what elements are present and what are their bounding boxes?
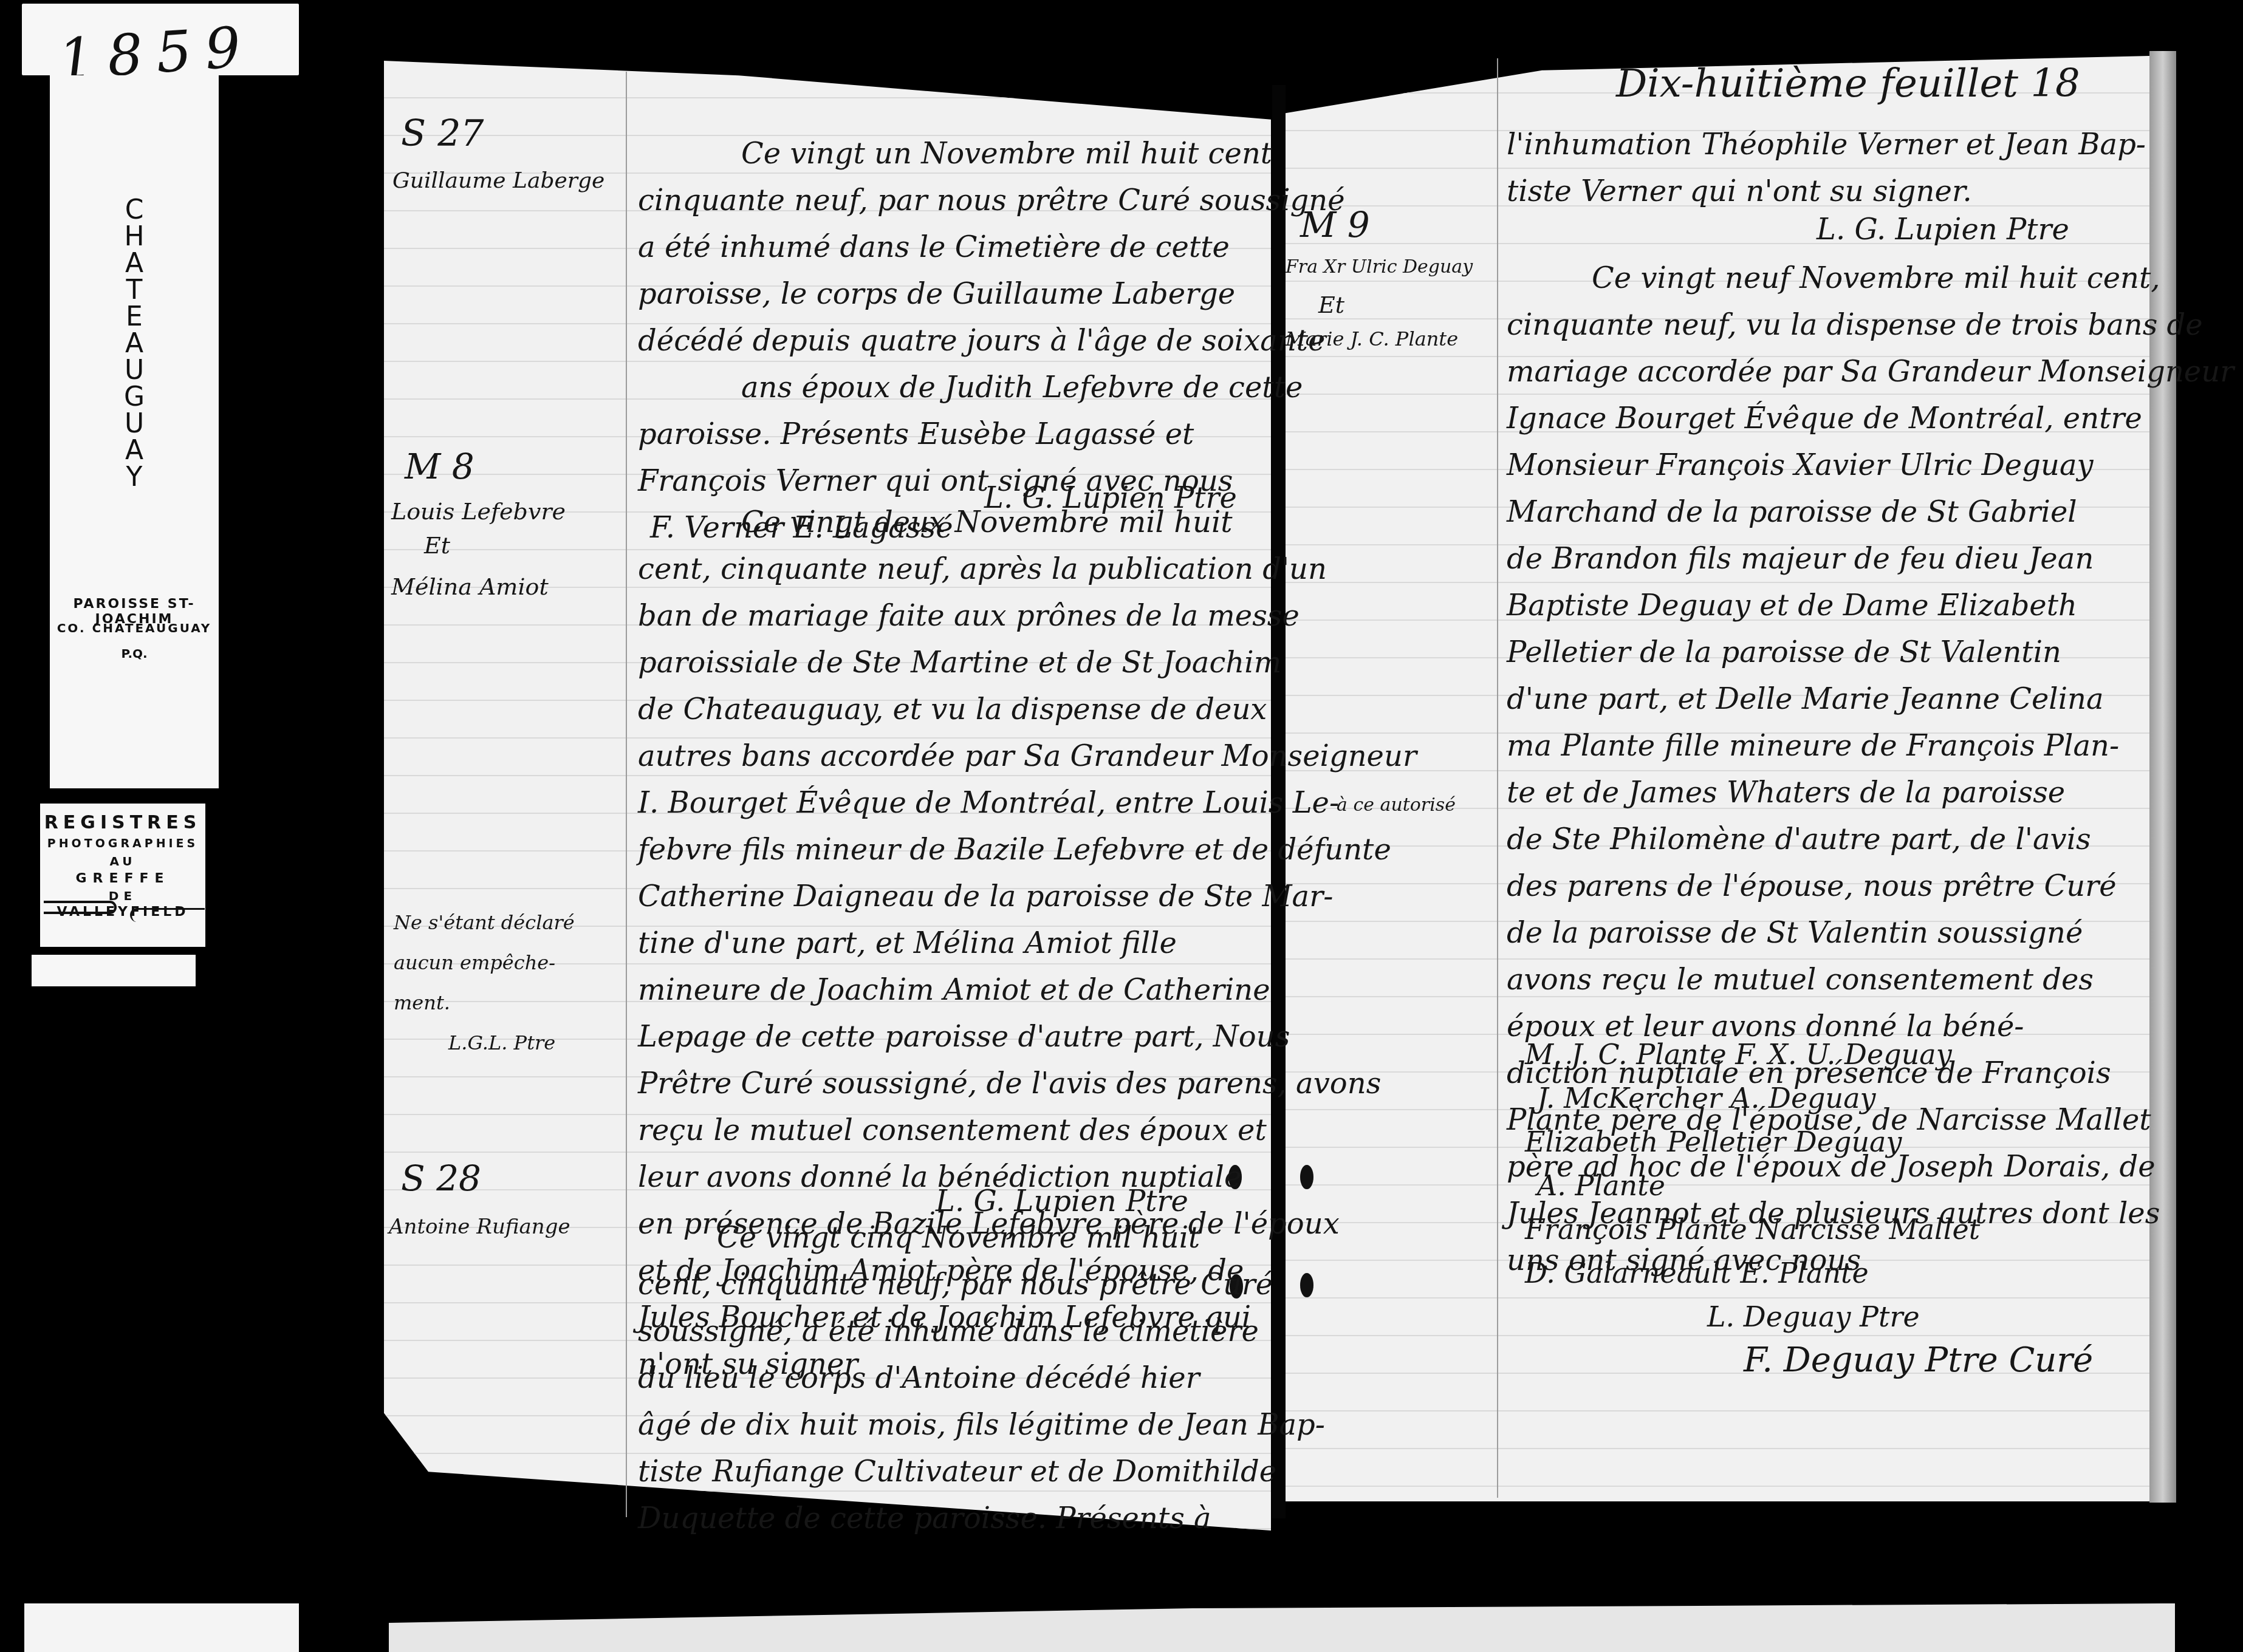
text-line: Duquette de cette paroisse. Présents à (638, 1495, 1325, 1542)
parish-label: CHATEAUGUAY PAROISSE ST-JOACHIM CO. CHAT… (50, 75, 219, 788)
text-line: ans époux de Judith Lefebvre de cette (638, 364, 1345, 411)
text-line: des parens de l'épouse, nous prêtre Curé (1507, 863, 2234, 910)
next-frame-label (24, 1603, 299, 1652)
text-line: tine d'une part, et Mélina Amiot fille (638, 920, 1417, 967)
continuation-text: l'inhumation Théophile Verner et Jean Ba… (1507, 121, 2146, 215)
place-letter: U (50, 411, 219, 437)
margin-note: Ne s'étant déclaré aucun empêche- ment. … (394, 903, 575, 1063)
note-line: aucun empêche- (394, 943, 575, 983)
text-line: de Chateauguay, et vu la dispense de deu… (638, 686, 1417, 733)
place-letter: H (50, 224, 219, 250)
place-letter: A (50, 250, 219, 277)
text-line: paroisse, le corps de Guillaume Laberge (638, 271, 1345, 318)
registres-line-4: GREFFE (40, 871, 205, 886)
province-text: P.Q. (50, 646, 219, 661)
text-line: de la paroisse de St Valentin soussigné (1507, 910, 2234, 957)
place-letter: G (50, 384, 219, 411)
text-line: paroissiale de Ste Martine et de St Joac… (638, 640, 1417, 686)
entry-code: M 9 (1300, 206, 1370, 243)
signatures-block: M. J. C. Plante F. X. U. Deguay J. McKer… (1513, 1032, 2093, 1382)
registres-line-3: AU (40, 854, 205, 869)
signature: F. Deguay Ptre Curé (1513, 1339, 2093, 1382)
text-line: cinquante neuf, par nous prêtre Curé sou… (638, 177, 1345, 224)
signature: Elizabeth Pelletier Deguay (1513, 1120, 2093, 1164)
entry-code: M 8 (405, 448, 474, 485)
registres-line-1: REGISTRES (40, 812, 205, 833)
text-line: de Ste Philomène d'autre part, de l'avis (1507, 816, 2234, 863)
text-line: Marchand de la paroisse de St Gabriel (1507, 489, 2234, 536)
place-letter: E (50, 304, 219, 330)
text-line: ma Plante fille mineure de François Plan… (1507, 723, 2234, 770)
entry-conjunction: Et (1318, 287, 1344, 323)
entry-s28-text: Ce vingt cinq Novembre mil huit cent, ci… (638, 1215, 1325, 1542)
left-margin-rule (626, 72, 627, 1517)
next-frame-page (389, 1603, 2175, 1652)
text-line: âgé de dix huit mois, fils légitime de J… (638, 1402, 1325, 1449)
text-line: autres bans accordée par Sa Grandeur Mon… (638, 733, 1417, 780)
year-label: 1859 (22, 4, 299, 75)
place-letter: A (50, 437, 219, 464)
text-line: Ignace Bourget Évêque de Montréal, entre (1507, 395, 2234, 442)
place-vertical-text: CHATEAUGUAY (50, 197, 219, 491)
text-line: mineure de Joachim Amiot et de Catherine (638, 967, 1417, 1014)
text-line: mariage accordée par Sa Grandeur Monseig… (1507, 349, 2234, 395)
entry-name: Antoine Rufiange (389, 1209, 570, 1245)
signature-mark (44, 901, 117, 914)
signature: M. J. C. Plante F. X. U. Deguay (1513, 1032, 2093, 1076)
text-line: cinquante neuf, vu la dispense de trois … (1507, 302, 2234, 349)
signature: L. Deguay Ptre (1513, 1295, 2093, 1339)
entry-code: S 27 (401, 115, 484, 152)
county-text: CO. CHATEAUGUAY (50, 621, 219, 635)
right-margin-rule (1497, 58, 1498, 1498)
text-line: Lepage de cette paroisse d'autre part, N… (638, 1014, 1417, 1060)
signature: D. Galarneault E. Plante (1513, 1251, 2093, 1295)
priest-signature: L. G. Lupien Ptre (1817, 206, 2069, 253)
margin-note: à ce autorisé (1337, 787, 1456, 824)
blank-label (32, 955, 196, 986)
place-letter: Y (50, 464, 219, 491)
signature: A. Plante (1513, 1164, 2093, 1207)
text-line: Ce vingt cinq Novembre mil huit (638, 1215, 1325, 1261)
signature: François Plante Narcisse Mallet (1513, 1207, 2093, 1251)
text-line: avons reçu le mutuel consentement des (1507, 957, 2234, 1003)
text-line: Catherine Daigneau de la paroisse de Ste… (638, 873, 1417, 920)
note-line: ment. (394, 983, 575, 1023)
place-letter: T (50, 277, 219, 304)
text-line: du lieu le corps d'Antoine décédé hier (638, 1355, 1325, 1402)
text-line: I. Bourget Évêque de Montréal, entre Lou… (638, 780, 1417, 827)
text-line: Ce vingt neuf Novembre mil huit cent, (1507, 255, 2234, 302)
folio-header: Dix-huitième feuillet 18 (1616, 61, 2080, 108)
text-line: febvre fils mineur de Bazile Lefebvre et… (638, 827, 1417, 873)
place-letter: C (50, 197, 219, 224)
text-line: Prêtre Curé soussigné, de l'avis des par… (638, 1060, 1417, 1107)
text-line: reçu le mutuel consentement des époux et (638, 1107, 1417, 1154)
entry-name: Mélina Amiot (391, 568, 549, 605)
text-line: cent, cinquante neuf, par nous prêtre Cu… (638, 1261, 1325, 1308)
entry-code: S 28 (401, 1160, 481, 1196)
text-line: Baptiste Deguay et de Dame Elizabeth (1507, 582, 2234, 629)
text-line: a été inhumé dans le Cimetière de cette (638, 224, 1345, 271)
text-line: Ce vingt un Novembre mil huit cent (638, 131, 1345, 177)
note-line: Ne s'étant déclaré (394, 903, 575, 943)
text-line: d'une part, et Delle Marie Jeanne Celina (1507, 676, 2234, 723)
signature-mark (130, 908, 205, 922)
note-signature: L.G.L. Ptre (394, 1023, 575, 1063)
place-letter: A (50, 330, 219, 357)
text-line: paroisse. Présents Eusèbe Lagassé et (638, 411, 1345, 458)
text-line: l'inhumation Théophile Verner et Jean Ba… (1507, 121, 2146, 168)
text-line: te et de James Whaters de la paroisse (1507, 770, 2234, 816)
text-line: Pelletier de la paroisse de St Valentin (1507, 629, 2234, 676)
text-line: ban de mariage faite aux prônes de la me… (638, 593, 1417, 640)
text-line: de Brandon fils majeur de feu dieu Jean (1507, 536, 2234, 582)
entry-conjunction: Et (424, 527, 450, 564)
entry-name: Louis Lefebvre (391, 493, 566, 530)
text-line: Ce vingt deux Novembre mil huit (638, 499, 1417, 546)
text-line: cent, cinquante neuf, après la publicati… (638, 546, 1417, 593)
registres-label: REGISTRES PHOTOGRAPHIES AU GREFFE DE VAL… (40, 804, 205, 947)
signature: J. McKercher A. Deguay (1513, 1076, 2093, 1120)
text-line: Monsieur François Xavier Ulric Deguay (1507, 442, 2234, 489)
text-line: tiste Rufiange Cultivateur et de Domithi… (638, 1449, 1325, 1495)
entry-name: Guillaume Laberge (392, 163, 604, 199)
entry-name: Marie J. C. Plante (1286, 321, 1458, 357)
entry-name: Fra Xr Ulric Deguay (1286, 249, 1473, 285)
registres-line-2: PHOTOGRAPHIES (40, 837, 205, 850)
text-line: soussigné, a été inhumé dans le cimetièr… (638, 1308, 1325, 1355)
text-line: décédé depuis quatre jours à l'âge de so… (638, 318, 1345, 364)
place-letter: U (50, 357, 219, 384)
